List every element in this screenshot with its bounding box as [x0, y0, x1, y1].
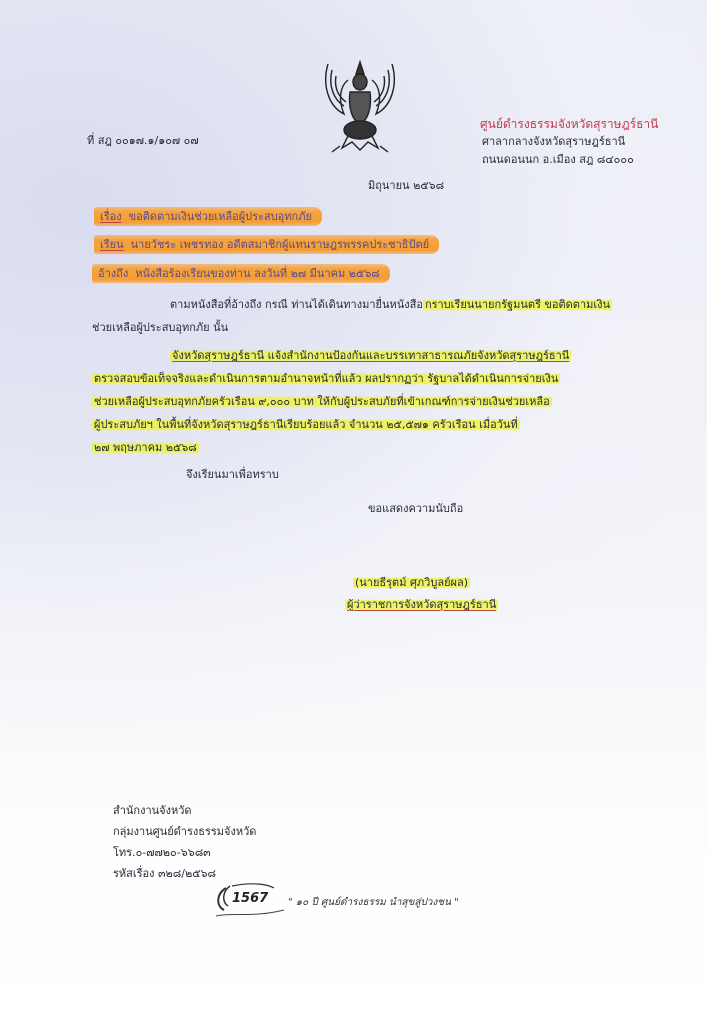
paragraph2-line: ช่วยเหลือผู้ประสบอุทกภัยครัวเรือน ๙,๐๐๐ …: [92, 395, 552, 408]
svg-text:1567: 1567: [232, 891, 269, 906]
signatory-title-text: ผู้ว่าราชการจังหวัดสุราษฎร์ธานี: [345, 598, 498, 611]
reference-number: ที่ สฎ ๐๐๑๗.๑/๑๐๗ ๐๗: [87, 133, 199, 149]
paragraph1-plain: ตามหนังสือที่อ้างถึง กรณี ท่านได้เดินทาง…: [170, 298, 423, 311]
footer-office: สำนักงานจังหวัด: [113, 800, 256, 821]
signatory-title: ผู้ว่าราชการจังหวัดสุราษฎร์ธานี: [345, 597, 498, 613]
paragraph1-line2: ช่วยเหลือผู้ประสบอุทกภัย นั้น: [92, 320, 228, 336]
footer-contact: สำนักงานจังหวัด กลุ่มงานศูนย์ดำรงธรรมจัง…: [113, 800, 256, 884]
closing-text: จึงเรียนมาเพื่อทราบ: [186, 467, 279, 483]
footer-division: กลุ่มงานศูนย์ดำรงธรรมจังหวัด: [113, 821, 256, 842]
reference-label: อ้างถึง: [98, 267, 128, 280]
slogan-text: " ๑๐ ปี ศูนย์ดำรงธรรม นำสุขสู่ปวงชน ": [288, 895, 459, 910]
addressee-line: เรียน นายวัชระ เพชรทอง อดีตสมาชิกผู้แทนร…: [94, 237, 439, 253]
garuda-emblem-icon: [318, 56, 402, 156]
footer-phone: โทร.๐-๗๗๒๐-๖๖๘๓: [113, 842, 256, 863]
letter-date: มิถุนายน ๒๕๖๘: [368, 178, 444, 194]
footer-subject-code: รหัสเรื่อง ๓๒๘/๒๕๖๘: [113, 863, 256, 884]
signatory-name-text: (นายธีรุตม์ ศุภวิบูลย์ผล): [353, 576, 470, 589]
issuer-address-line1: ศาลากลางจังหวัดสุราษฎร์ธานี: [482, 134, 625, 150]
addressee-text: นายวัชระ เพชรทอง อดีตสมาชิกผู้แทนราษฎรพร…: [131, 238, 429, 251]
subject-text: ขอติดตามเงินช่วยเหลือผู้ประสบอุทกภัย: [129, 210, 312, 223]
salutation-text: ขอแสดงความนับถือ: [368, 501, 463, 517]
paragraph1-highlight: กราบเรียนนายกรัฐมนตรี ขอติดตามเงิน: [423, 298, 612, 311]
paragraph2-line: จังหวัดสุราษฎร์ธานี แจ้งสำนักงานป้องกันแ…: [170, 349, 571, 362]
reference-line: อ้างถึง หนังสือร้องเรียนของท่าน ลงวันที่…: [92, 266, 390, 282]
paragraph2-line: ๒๗ พฤษภาคม ๒๕๖๘: [92, 441, 199, 454]
issuer-name: ศูนย์ดำรงธรรมจังหวัดสุราษฎร์ธานี: [480, 116, 658, 132]
signatory-name: (นายธีรุตม์ ศุภวิบูลย์ผล): [353, 575, 470, 591]
subject-line: เรื่อง ขอติดตามเงินช่วยเหลือผู้ประสบอุทก…: [94, 209, 322, 225]
paragraph2-line: ตรวจสอบข้อเท็จจริงและดำเนินการตามอำนาจหน…: [92, 372, 560, 385]
addressee-label: เรียน: [100, 238, 124, 251]
subject-label: เรื่อง: [100, 210, 122, 223]
reference-text: หนังสือร้องเรียนของท่าน ลงวันที่ ๒๗ มีนา…: [135, 267, 380, 280]
paragraph1-line1: ตามหนังสือที่อ้างถึง กรณี ท่านได้เดินทาง…: [170, 297, 612, 313]
paragraph2: จังหวัดสุราษฎร์ธานี แจ้งสำนักงานป้องกันแ…: [92, 347, 692, 462]
hotline-1567-logo-icon: 1567: [212, 882, 287, 920]
paragraph2-line: ผู้ประสบภัยฯ ในพื้นที่จังหวัดสุราษฎร์ธาน…: [92, 418, 520, 431]
issuer-address-line2: ถนนดอนนก อ.เมือง สฎ ๘๔๐๐๐: [482, 152, 634, 168]
